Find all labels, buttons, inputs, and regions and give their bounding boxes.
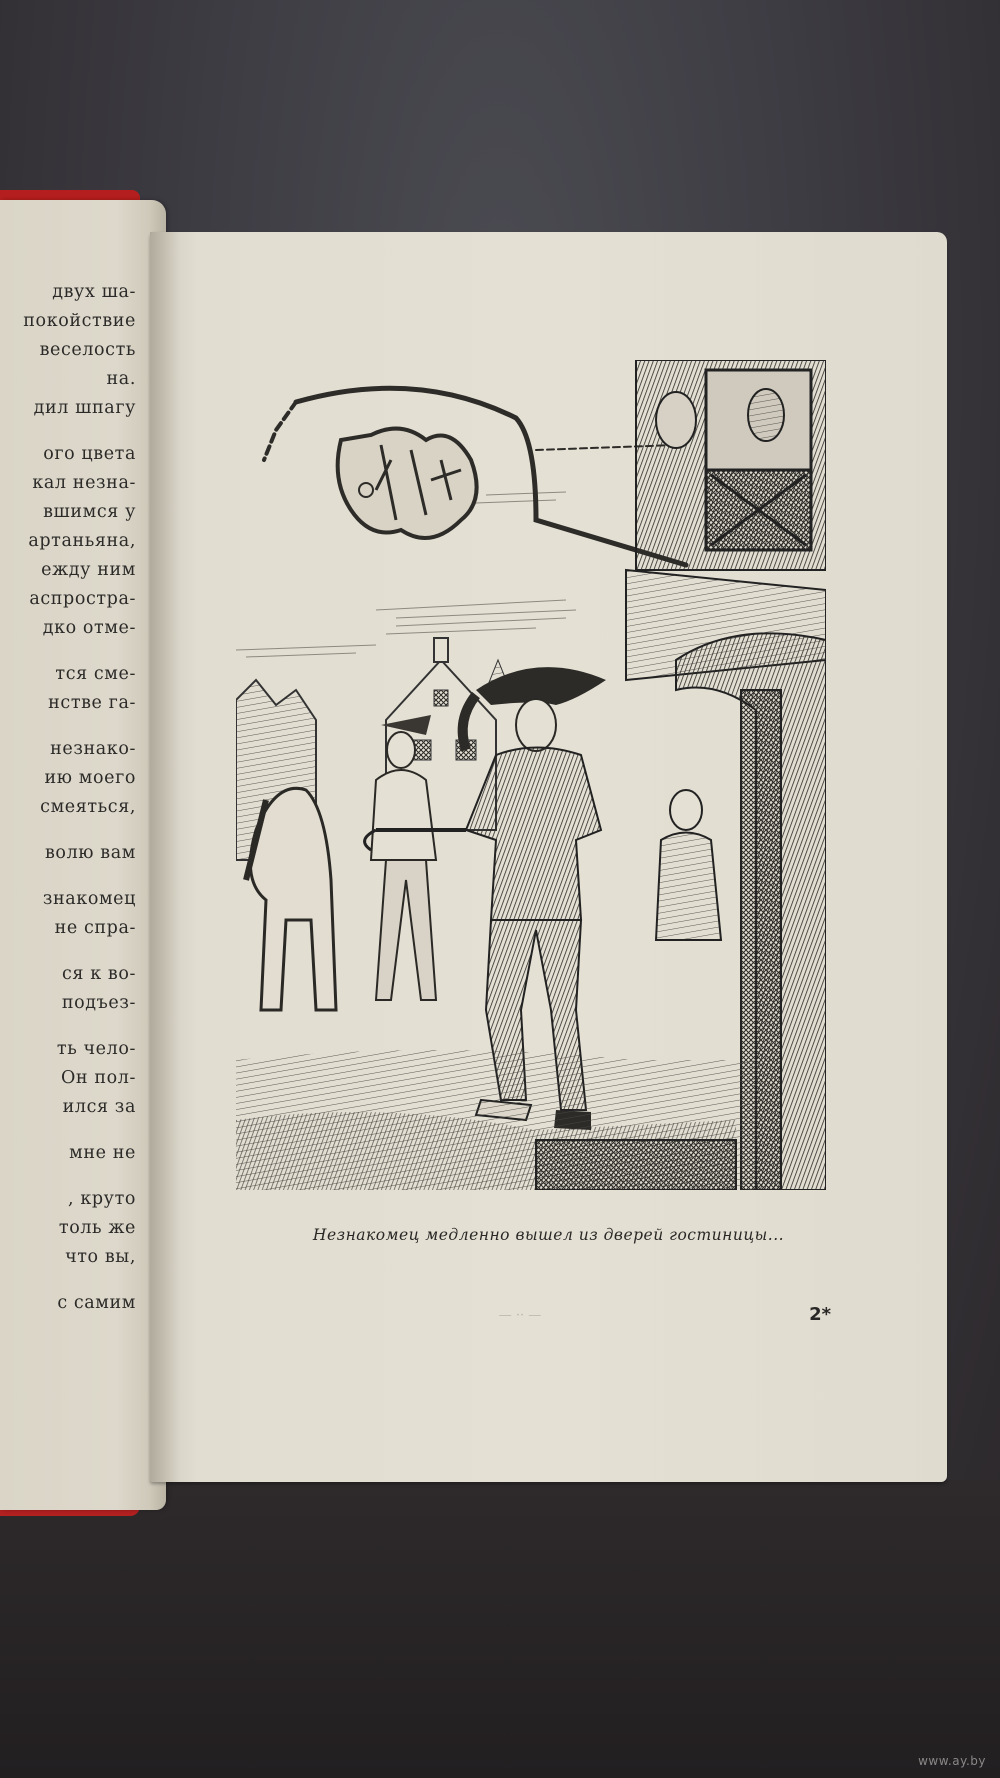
left-page-line: с самим <box>0 1289 136 1318</box>
right-page: Незнакомец медленно вышел из дверей гост… <box>150 232 947 1482</box>
left-page-line: ился за <box>0 1093 136 1122</box>
left-page-line: ть чело- <box>0 1035 136 1064</box>
left-page-line: аспростра- <box>0 585 136 614</box>
left-page-line: знакомец <box>0 885 136 914</box>
left-page-line: подъез- <box>0 989 136 1018</box>
left-page-line <box>0 943 136 960</box>
left-page-line <box>0 1272 136 1289</box>
left-page-line: нстве га- <box>0 689 136 718</box>
signature-mark: 2* <box>809 1304 831 1325</box>
left-page-line: что вы, <box>0 1243 136 1272</box>
left-page-line <box>0 868 136 885</box>
left-page-line: незнако- <box>0 735 136 764</box>
left-page-line <box>0 1122 136 1139</box>
horse <box>246 788 336 1010</box>
left-page-line: толь же <box>0 1214 136 1243</box>
left-page-line: вшимся у <box>0 498 136 527</box>
left-page-line: покойствие <box>0 307 136 336</box>
ground <box>236 1050 756 1190</box>
left-page-line: дил шпагу <box>0 394 136 423</box>
left-page-line: ся к во- <box>0 960 136 989</box>
left-page-text: двух ша-покойствиевеселостьна.дил шпагуо… <box>0 278 136 1318</box>
faint-page-number: — ·· — <box>480 1308 560 1323</box>
left-page-line: ию моего <box>0 764 136 793</box>
left-page-line: , круто <box>0 1185 136 1214</box>
left-page-line: не спра- <box>0 914 136 943</box>
left-page-line: ого цвета <box>0 440 136 469</box>
left-page-line: артаньяна, <box>0 527 136 556</box>
left-page-line: двух ша- <box>0 278 136 307</box>
left-page-line: веселость <box>0 336 136 365</box>
doorway-onlooker <box>656 790 721 940</box>
left-page-line: дко отме- <box>0 614 136 643</box>
left-page-line: волю вам <box>0 839 136 868</box>
left-page-line: смеяться, <box>0 793 136 822</box>
left-page-line <box>0 643 136 660</box>
illustration-caption: Незнакомец медленно вышел из дверей гост… <box>150 1226 947 1244</box>
left-page-line: кал незна- <box>0 469 136 498</box>
left-page-line: Он пол- <box>0 1064 136 1093</box>
left-page-line <box>0 423 136 440</box>
left-page-line <box>0 1018 136 1035</box>
photo-scene: двух ша-покойствиевеселостьна.дил шпагуо… <box>0 0 1000 1778</box>
left-page-line <box>0 822 136 839</box>
shop-sign <box>338 429 477 538</box>
fabric-background <box>0 1480 1000 1778</box>
left-page-line <box>0 718 136 735</box>
left-page-line: мне не <box>0 1139 136 1168</box>
left-page-line: тся сме- <box>0 660 136 689</box>
gutter-shadow <box>150 232 180 1482</box>
engraving-illustration <box>236 360 826 1190</box>
left-page-line <box>0 1168 136 1185</box>
left-page-line: на. <box>0 365 136 394</box>
left-page: двух ша-покойствиевеселостьна.дил шпагуо… <box>0 200 166 1510</box>
watermark: www.ay.by <box>918 1754 986 1768</box>
left-page-line: ежду ним <box>0 556 136 585</box>
